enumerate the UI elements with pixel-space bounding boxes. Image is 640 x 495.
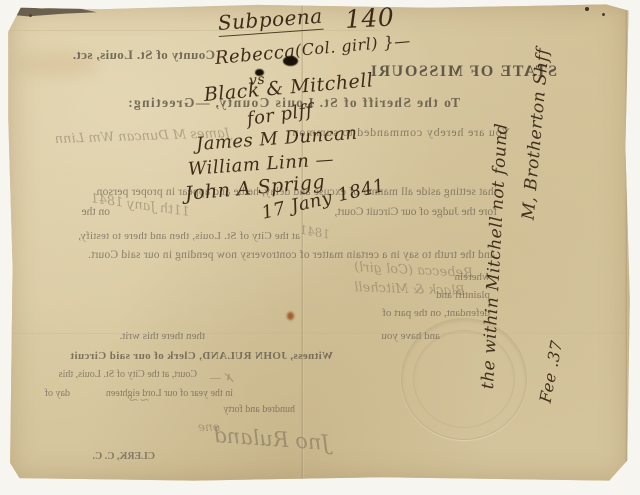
printed-writ-line: then there this writ. xyxy=(119,330,205,342)
printed-county-line: County of St. Louis, sct. xyxy=(72,47,215,63)
printed-state-heading: STATE OF MISSOURI xyxy=(369,63,557,81)
ink-blot xyxy=(283,56,298,66)
printed-have-you: and have you xyxy=(381,330,440,342)
printed-clerk-line: CLERK, C. C. xyxy=(92,451,155,462)
printed-truth-line: and the truth to say in a certain matter… xyxy=(88,249,495,261)
paper-sheet: County of St. Louis, sct. STATE OF MISSO… xyxy=(7,3,631,482)
handwritten-docket-number: 140 xyxy=(344,2,395,34)
showthrough-this-mark: ✗ — xyxy=(209,371,235,385)
printed-defendant-line: defendant, on the part of xyxy=(382,307,490,319)
printed-day-of: day of xyxy=(45,388,70,399)
printed-on-the: on the xyxy=(82,206,110,218)
printed-witness-line: Witness, JOHN RULAND, Clerk of our said … xyxy=(70,350,333,362)
printed-court-line: Court, at the City of St. Louis, this xyxy=(59,369,197,380)
scanned-document-page: { "handwritten": { "docket_label": "Subp… xyxy=(0,0,640,495)
printed-city-line: at the City of St. Louis, then and there… xyxy=(78,230,300,242)
showthrough-clerk-signature: Jno Ruland xyxy=(212,423,330,455)
ink-blot xyxy=(255,69,264,76)
printed-hundred-line: hundred and forty xyxy=(223,404,295,415)
printed-judge-line: fore the Judge of our Circuit Court, xyxy=(334,206,497,218)
showthrough-year-fragment: 1841 xyxy=(298,222,331,241)
printed-year-line: in the year of our Lord eighteen xyxy=(106,388,233,399)
